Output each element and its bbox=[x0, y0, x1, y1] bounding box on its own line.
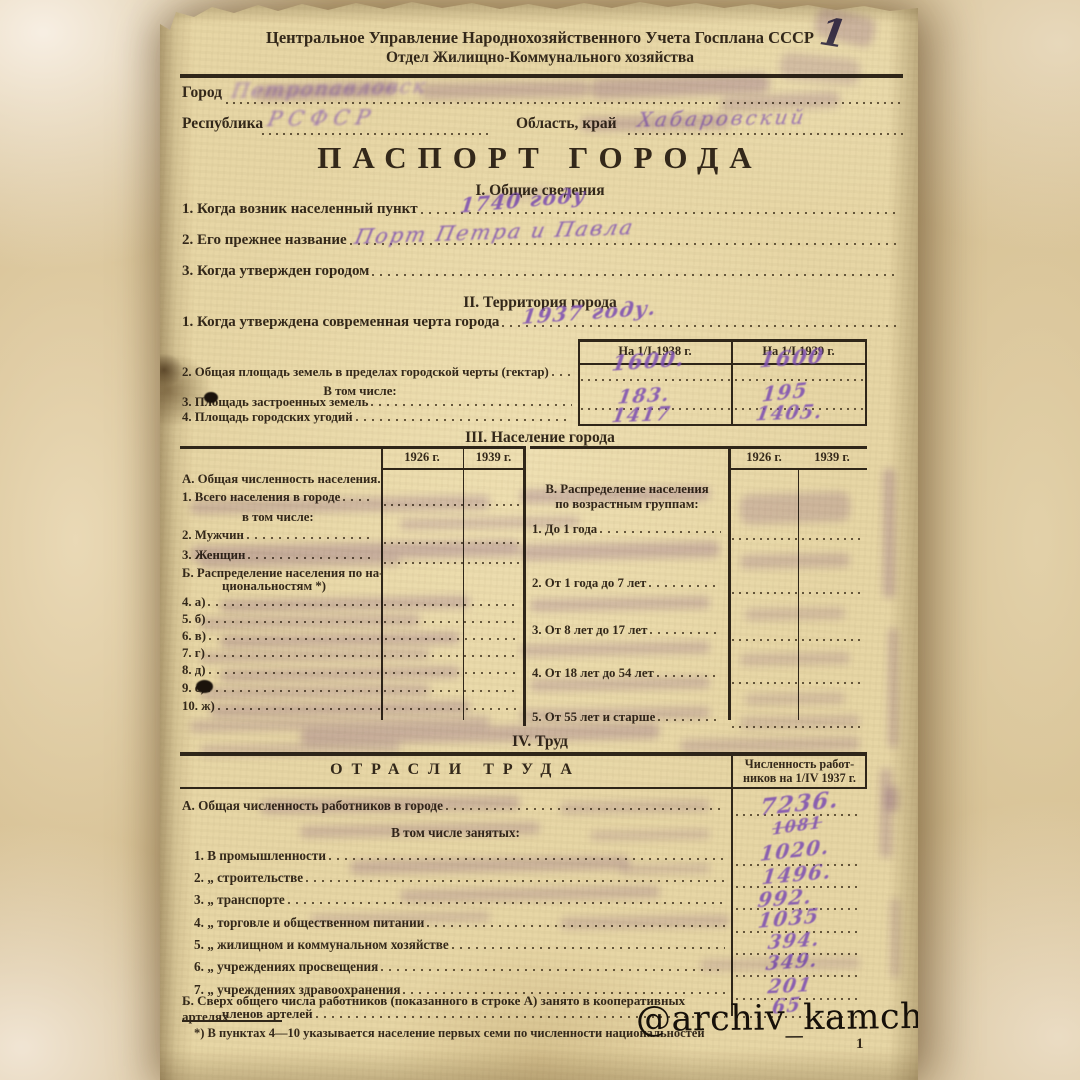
region-field-value: Хабаровский bbox=[636, 104, 808, 131]
footnote-text: *) В пунктах 4—10 указывается население … bbox=[194, 1026, 705, 1041]
pop-row-10zh: 10. ж) bbox=[182, 699, 522, 714]
dotted-leader bbox=[356, 419, 572, 421]
labor-subhead: В том числе занятых: bbox=[180, 825, 731, 841]
area-1939-total: 1600 bbox=[758, 343, 826, 373]
section-iii-heading: III. Население города bbox=[190, 429, 890, 447]
age-row-5: 5. От 55 лет и старше bbox=[532, 710, 724, 725]
ink-smudge bbox=[420, 81, 590, 100]
pop-row-b2: циональностям *) bbox=[222, 579, 326, 594]
ink-smudge bbox=[888, 628, 898, 748]
table-iii-right-cell-line bbox=[732, 639, 862, 641]
count-header-1: Численность работ- bbox=[734, 757, 865, 772]
age-row-1: 1. До 1 года bbox=[532, 522, 724, 537]
pop-row-9e: 9. е) bbox=[182, 681, 522, 696]
table-iii-left-vline bbox=[463, 446, 464, 720]
table-iii-cell-line bbox=[384, 504, 522, 506]
table-iii-col-1926: 1926 г. bbox=[382, 450, 462, 465]
table-iv-top bbox=[180, 752, 867, 756]
region-field-line bbox=[628, 133, 903, 135]
dotted-leader bbox=[427, 925, 725, 927]
table-iii-right-col-1939: 1939 г. bbox=[799, 450, 865, 465]
table-iv-vline-right bbox=[865, 752, 867, 787]
table-ii-row-builtup: 3. Площадь застроенных земель bbox=[182, 395, 575, 410]
ink-smudge bbox=[520, 641, 710, 656]
archive-watermark: @archiv_kamchatka bbox=[636, 996, 1003, 1040]
dotted-leader bbox=[343, 499, 375, 501]
city-field-label: Город bbox=[182, 84, 222, 102]
dotted-leader bbox=[248, 557, 375, 559]
dotted-leader bbox=[329, 858, 725, 860]
republic-field-label: Республика bbox=[182, 115, 263, 133]
dotted-leader bbox=[650, 632, 721, 634]
table-iii-left-header-rule bbox=[381, 468, 525, 470]
industries-header: ОТРАСЛИ ТРУДА bbox=[180, 761, 731, 779]
table-iii-cell-line bbox=[384, 542, 522, 544]
org-line-2: Отдел Жилищно-Коммунального хозяйства bbox=[190, 49, 890, 67]
table-iv-header-rule bbox=[180, 787, 867, 789]
table-iii-left-vline-thick bbox=[523, 446, 526, 726]
dotted-leader bbox=[600, 531, 721, 533]
age-groups-heading-2: по возрастным группам: bbox=[532, 497, 722, 512]
pop-row-2: 2. Мужчин bbox=[182, 528, 378, 543]
page-title: ПАСПОРТ ГОРОДА bbox=[190, 140, 890, 176]
area-1938-total: 1600. bbox=[610, 345, 687, 375]
labor-row-6: 6. „ учреждениях просвещения bbox=[194, 959, 728, 975]
ink-smudge bbox=[890, 898, 900, 978]
dotted-leader bbox=[372, 274, 900, 276]
area-1939-lands: 1405. bbox=[754, 401, 825, 425]
table-ii-top bbox=[578, 339, 867, 342]
table-iii-right-header-rule bbox=[728, 468, 867, 470]
table-iii-right-top bbox=[530, 446, 867, 449]
org-line-1: Центральное Управление Народнохозяйствен… bbox=[190, 28, 890, 48]
table-iii-left-top bbox=[180, 446, 525, 449]
table-ii-row-lands: 4. Площадь городских угодий bbox=[182, 410, 575, 425]
area-1938-lands: 1417 bbox=[610, 403, 673, 427]
labor-row-5: 5. „ жилищном и коммунальном хозяйстве bbox=[194, 937, 728, 953]
republic-field-line bbox=[262, 133, 492, 135]
footnote-rule bbox=[182, 1020, 282, 1022]
dotted-leader bbox=[209, 638, 519, 640]
pop-row-1: 1. Всего населения в городе bbox=[182, 490, 378, 505]
question-town-status: 3. Когда утвержден городом bbox=[182, 263, 903, 280]
dotted-leader bbox=[208, 621, 519, 623]
labor-row-1: 1. В промышленности bbox=[194, 848, 728, 864]
pop-row-incl: в том числе: bbox=[242, 510, 314, 525]
age-groups-heading-1: В. Распределение населения bbox=[532, 482, 722, 497]
ink-smudge bbox=[740, 553, 850, 569]
page-number-bottom: 1 bbox=[856, 1036, 864, 1053]
table-iii-right-col-1926: 1926 г. bbox=[730, 450, 798, 465]
section-iv-heading: IV. Труд bbox=[190, 733, 890, 751]
photo-background: { "photo": { "page_number_top": "1", "pa… bbox=[0, 0, 1080, 1080]
dotted-leader bbox=[381, 969, 725, 971]
dotted-leader bbox=[208, 655, 519, 657]
republic-field-value: РСФСР bbox=[266, 105, 378, 131]
labor-row-3: 3. „ транспорте bbox=[194, 892, 728, 908]
dotted-leader bbox=[208, 604, 519, 606]
region-field-label: Область, край bbox=[516, 115, 617, 133]
table-iii-col-1939: 1939 г. bbox=[464, 450, 523, 465]
count-header-2: ников на 1/IV 1937 г. bbox=[734, 771, 865, 786]
age-row-2: 2. От 1 года до 7 лет bbox=[532, 576, 724, 591]
ink-smudge bbox=[745, 692, 845, 706]
ink-smudge bbox=[880, 768, 892, 858]
ink-smudge bbox=[520, 541, 720, 560]
dotted-leader bbox=[371, 404, 572, 406]
dotted-leader bbox=[658, 719, 721, 721]
dotted-leader bbox=[306, 880, 725, 882]
age-row-4: 4. От 18 лет до 54 лет bbox=[532, 666, 724, 681]
ink-smudge bbox=[740, 652, 850, 666]
table-iii-right-cell-line bbox=[732, 592, 862, 594]
labor-row-2: 2. „ строительстве bbox=[194, 870, 728, 886]
ink-smudge bbox=[883, 468, 895, 598]
table-iii-cell-line bbox=[384, 562, 522, 564]
dotted-leader bbox=[649, 585, 721, 587]
table-iii-right-vline-thick bbox=[728, 446, 731, 720]
labor-row-a: А. Общая численность работников в городе bbox=[182, 798, 728, 814]
dotted-leader bbox=[218, 708, 519, 710]
document-page: 1 Центральное Управление Народнохозяйств… bbox=[160, 0, 918, 1080]
table-iv-vline bbox=[731, 752, 733, 1016]
pop-row-7g: 7. г) bbox=[182, 646, 522, 661]
pop-row-3: 3. Женщин bbox=[182, 548, 378, 563]
table-ii-row-total-area: 2. Общая площадь земель в пределах город… bbox=[182, 365, 575, 380]
dotted-leader bbox=[552, 374, 572, 376]
ink-smudge bbox=[530, 596, 710, 611]
ink-smudge bbox=[740, 491, 851, 525]
city-field-value: Петропавловск bbox=[230, 73, 429, 102]
ink-smudge bbox=[745, 607, 845, 621]
pop-row-4a: 4. а) bbox=[182, 595, 522, 610]
dotted-leader bbox=[247, 537, 375, 539]
ink-smudge bbox=[190, 715, 490, 732]
table-iii-left-vline bbox=[381, 446, 383, 720]
dotted-leader bbox=[452, 947, 725, 949]
table-ii-vline bbox=[865, 339, 867, 426]
table-iii-right-cell-line bbox=[732, 538, 862, 540]
education-value: 349. bbox=[764, 949, 819, 975]
pop-row-8d: 8. д) bbox=[182, 663, 522, 678]
labor-row-4: 4. „ торговле и общественном питании bbox=[194, 915, 728, 931]
dotted-leader bbox=[288, 902, 725, 904]
ink-blot bbox=[204, 392, 218, 403]
ink-smudge bbox=[885, 786, 899, 812]
dotted-leader bbox=[657, 675, 721, 677]
pop-row-5b: 5. б) bbox=[182, 612, 522, 627]
table-iii-right-cell-line bbox=[732, 726, 862, 728]
table-iii-right-cell-line bbox=[732, 682, 862, 684]
pop-row-a: А. Общая численность населения. bbox=[182, 472, 381, 487]
dotted-leader bbox=[209, 672, 519, 674]
age-row-3: 3. От 8 лет до 17 лет bbox=[532, 623, 724, 638]
pop-row-6v: 6. в) bbox=[182, 629, 522, 644]
table-ii-cell-line bbox=[581, 379, 864, 381]
dotted-leader bbox=[208, 690, 519, 692]
dotted-leader bbox=[446, 808, 725, 810]
photo-frame: 1 Центральное Управление Народнохозяйств… bbox=[0, 0, 1080, 1080]
ink-blot bbox=[196, 680, 213, 693]
